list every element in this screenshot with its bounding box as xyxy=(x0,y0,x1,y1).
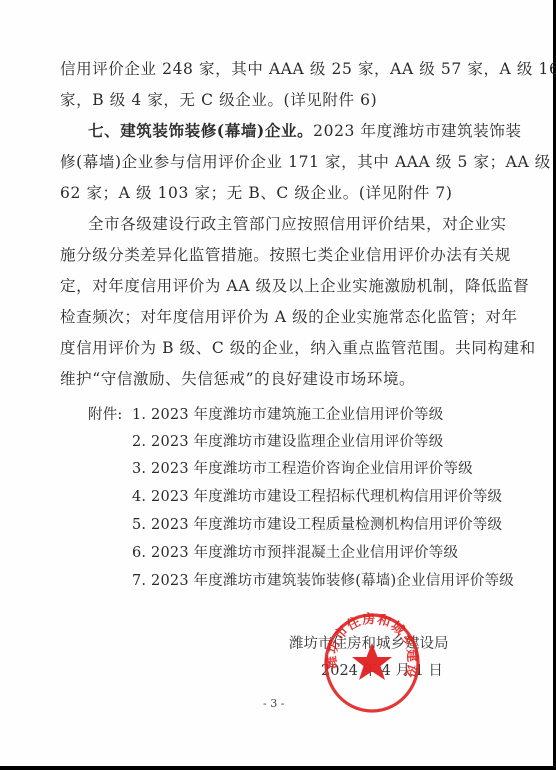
section-7-heading: 七、建筑装饰装修(幕墙)企业。 xyxy=(88,121,313,140)
attachment-item: 7. 2023 年度潍坊市建筑装饰装修(幕墙)企业信用评价等级 xyxy=(132,571,514,591)
text-line: 修(幕墙)企业参与信用评价企业 171 家，其中 AAA 级 5 家；AA 级 xyxy=(60,152,551,172)
text-line: 2023 年度潍坊市建筑装饰装 xyxy=(313,122,521,140)
text-line: 施分级分类差异化监管措施。按照七类企业信用评价办法有关规 xyxy=(60,245,511,265)
attachment-item: 4. 2023 年度潍坊市建设工程招标代理机构信用评价等级 xyxy=(132,487,502,507)
attachment-item: 2. 2023 年度潍坊市建设监理企业信用评价等级 xyxy=(132,432,443,452)
attachment-item: 5. 2023 年度潍坊市建设工程质量检测机构信用评价等级 xyxy=(132,515,502,535)
attachment-item: 6. 2023 年度潍坊市预拌混凝土企业信用评价等级 xyxy=(132,543,458,563)
text-line: 维护“守信激励、失信惩戒”的良好建设市场环境。 xyxy=(60,369,415,389)
text-line: 家，B 级 4 家，无 C 级企业。(详见附件 6) xyxy=(60,90,377,110)
attachment-item: 3. 2023 年度潍坊市工程造价咨询企业信用评价等级 xyxy=(132,459,473,479)
attachment-item: 1. 2023 年度潍坊市建筑施工企业信用评价等级 xyxy=(132,405,443,425)
text-line: 全市各级建设行政主管部门应按照信用评价结果，对企业实 xyxy=(88,214,507,234)
text-line: 62 家；A 级 103 家；无 B、C 级企业。(详见附件 7) xyxy=(60,183,453,203)
text-line: 检查频次；对年度信用评价为 A 级的企业实施常态化监管；对年 xyxy=(60,307,518,327)
text-line: 度信用评价为 B 级、C 级的企业，纳入重点监管范围。共同构建和 xyxy=(60,338,536,358)
text-line: 信用评价企业 248 家，其中 AAA 级 25 家，AA 级 57 家，A 级… xyxy=(60,59,556,79)
page-number: - 3 - xyxy=(263,697,284,710)
official-seal-icon: 潍坊市住房和城乡建设局 xyxy=(322,611,422,715)
text-line: 定，对年度信用评价为 AA 级及以上企业实施激励机制，降低监督 xyxy=(60,276,529,296)
section-7-line: 七、建筑装饰装修(幕墙)企业。2023 年度潍坊市建筑装饰装 xyxy=(88,121,522,141)
document-page: 信用评价企业 248 家，其中 AAA 级 25 家，AA 级 57 家，A 级… xyxy=(0,0,553,766)
attachments-label: 附件: xyxy=(88,405,123,425)
